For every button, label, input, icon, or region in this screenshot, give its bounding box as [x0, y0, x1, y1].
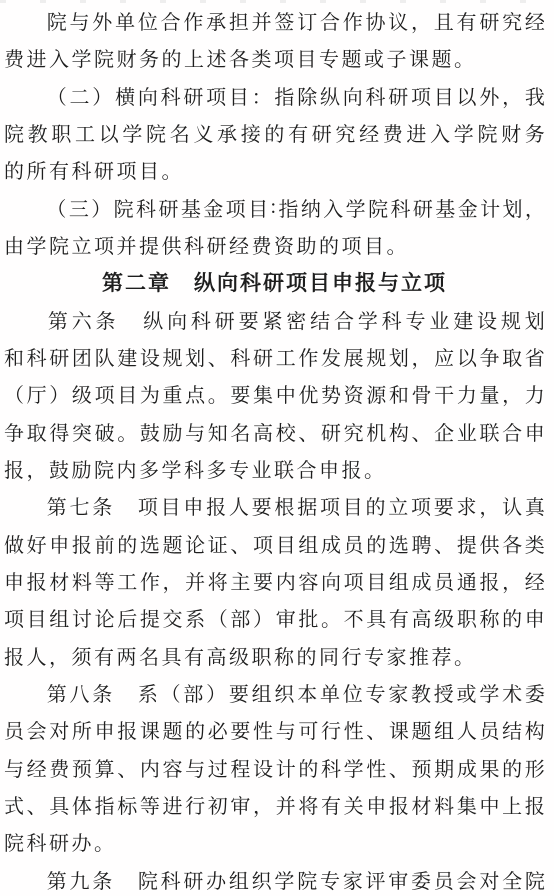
- text-line: 院科研办。: [4, 823, 545, 860]
- text-line: 费进入学院财务的上述各类项目专题或子课题。: [4, 39, 545, 76]
- text-line: （三）院科研基金项目:指纳入学院科研基金计划，: [4, 189, 545, 226]
- text-line: 项目组讨论后提交系（部）审批。不具有高级职称的申: [4, 599, 545, 636]
- text-line: （厅）级项目为重点。要集中优势资源和骨干力量，力: [4, 375, 545, 412]
- text-line: 做好申报前的选题论证、项目组成员的选聘、提供各类: [4, 525, 545, 562]
- text-line: （二）横向科研项目：指除纵向科研项目以外，我: [4, 77, 545, 114]
- text-line: 第八条 系（部）要组织本单位专家教授或学术委: [4, 674, 545, 711]
- text-line: 第六条 纵向科研要紧密结合学科专业建设规划: [4, 301, 545, 338]
- document-body: 院与外单位合作承担并签订合作协议，且有研究经费进入学院财务的上述各类项目专题或子…: [4, 2, 545, 896]
- text-line: 报人，须有两名具有高级职称的同行专家推荐。: [4, 637, 545, 674]
- text-line: 和科研团队建设规划、科研工作发展规划，应以争取省: [4, 338, 545, 375]
- text-line: 与经费预算、内容与过程设计的科学性、预期成果的形: [4, 749, 545, 786]
- text-line: 的所有科研项目。: [4, 151, 545, 188]
- text-line: 员会对所申报课题的必要性与可行性、课题组人员结构: [4, 711, 545, 748]
- text-line: 式、具体指标等进行初审，并将有关申报材料集中上报: [4, 786, 545, 823]
- document-page: 院与外单位合作承担并签订合作协议，且有研究经费进入学院财务的上述各类项目专题或子…: [0, 0, 554, 896]
- text-line: 第七条 项目申报人要根据项目的立项要求，认真: [4, 487, 545, 524]
- chapter-heading: 第二章 纵向科研项目申报与立项: [4, 263, 545, 300]
- text-line: 报，鼓励院内多学科多专业联合申报。: [4, 450, 545, 487]
- text-line: 争取得突破。鼓励与知名高校、研究机构、企业联合申: [4, 413, 545, 450]
- text-line: 申报材料等工作，并将主要内容向项目组成员通报，经: [4, 562, 545, 599]
- text-line: 由学院立项并提供科研经费资助的项目。: [4, 226, 545, 263]
- text-line: 院教职工以学院名义承接的有研究经费进入学院财务: [4, 114, 545, 151]
- text-line: 第九条 院科研办组织学院专家评审委员会对全院: [4, 861, 545, 896]
- text-line: 院与外单位合作承担并签订合作协议，且有研究经: [4, 2, 545, 39]
